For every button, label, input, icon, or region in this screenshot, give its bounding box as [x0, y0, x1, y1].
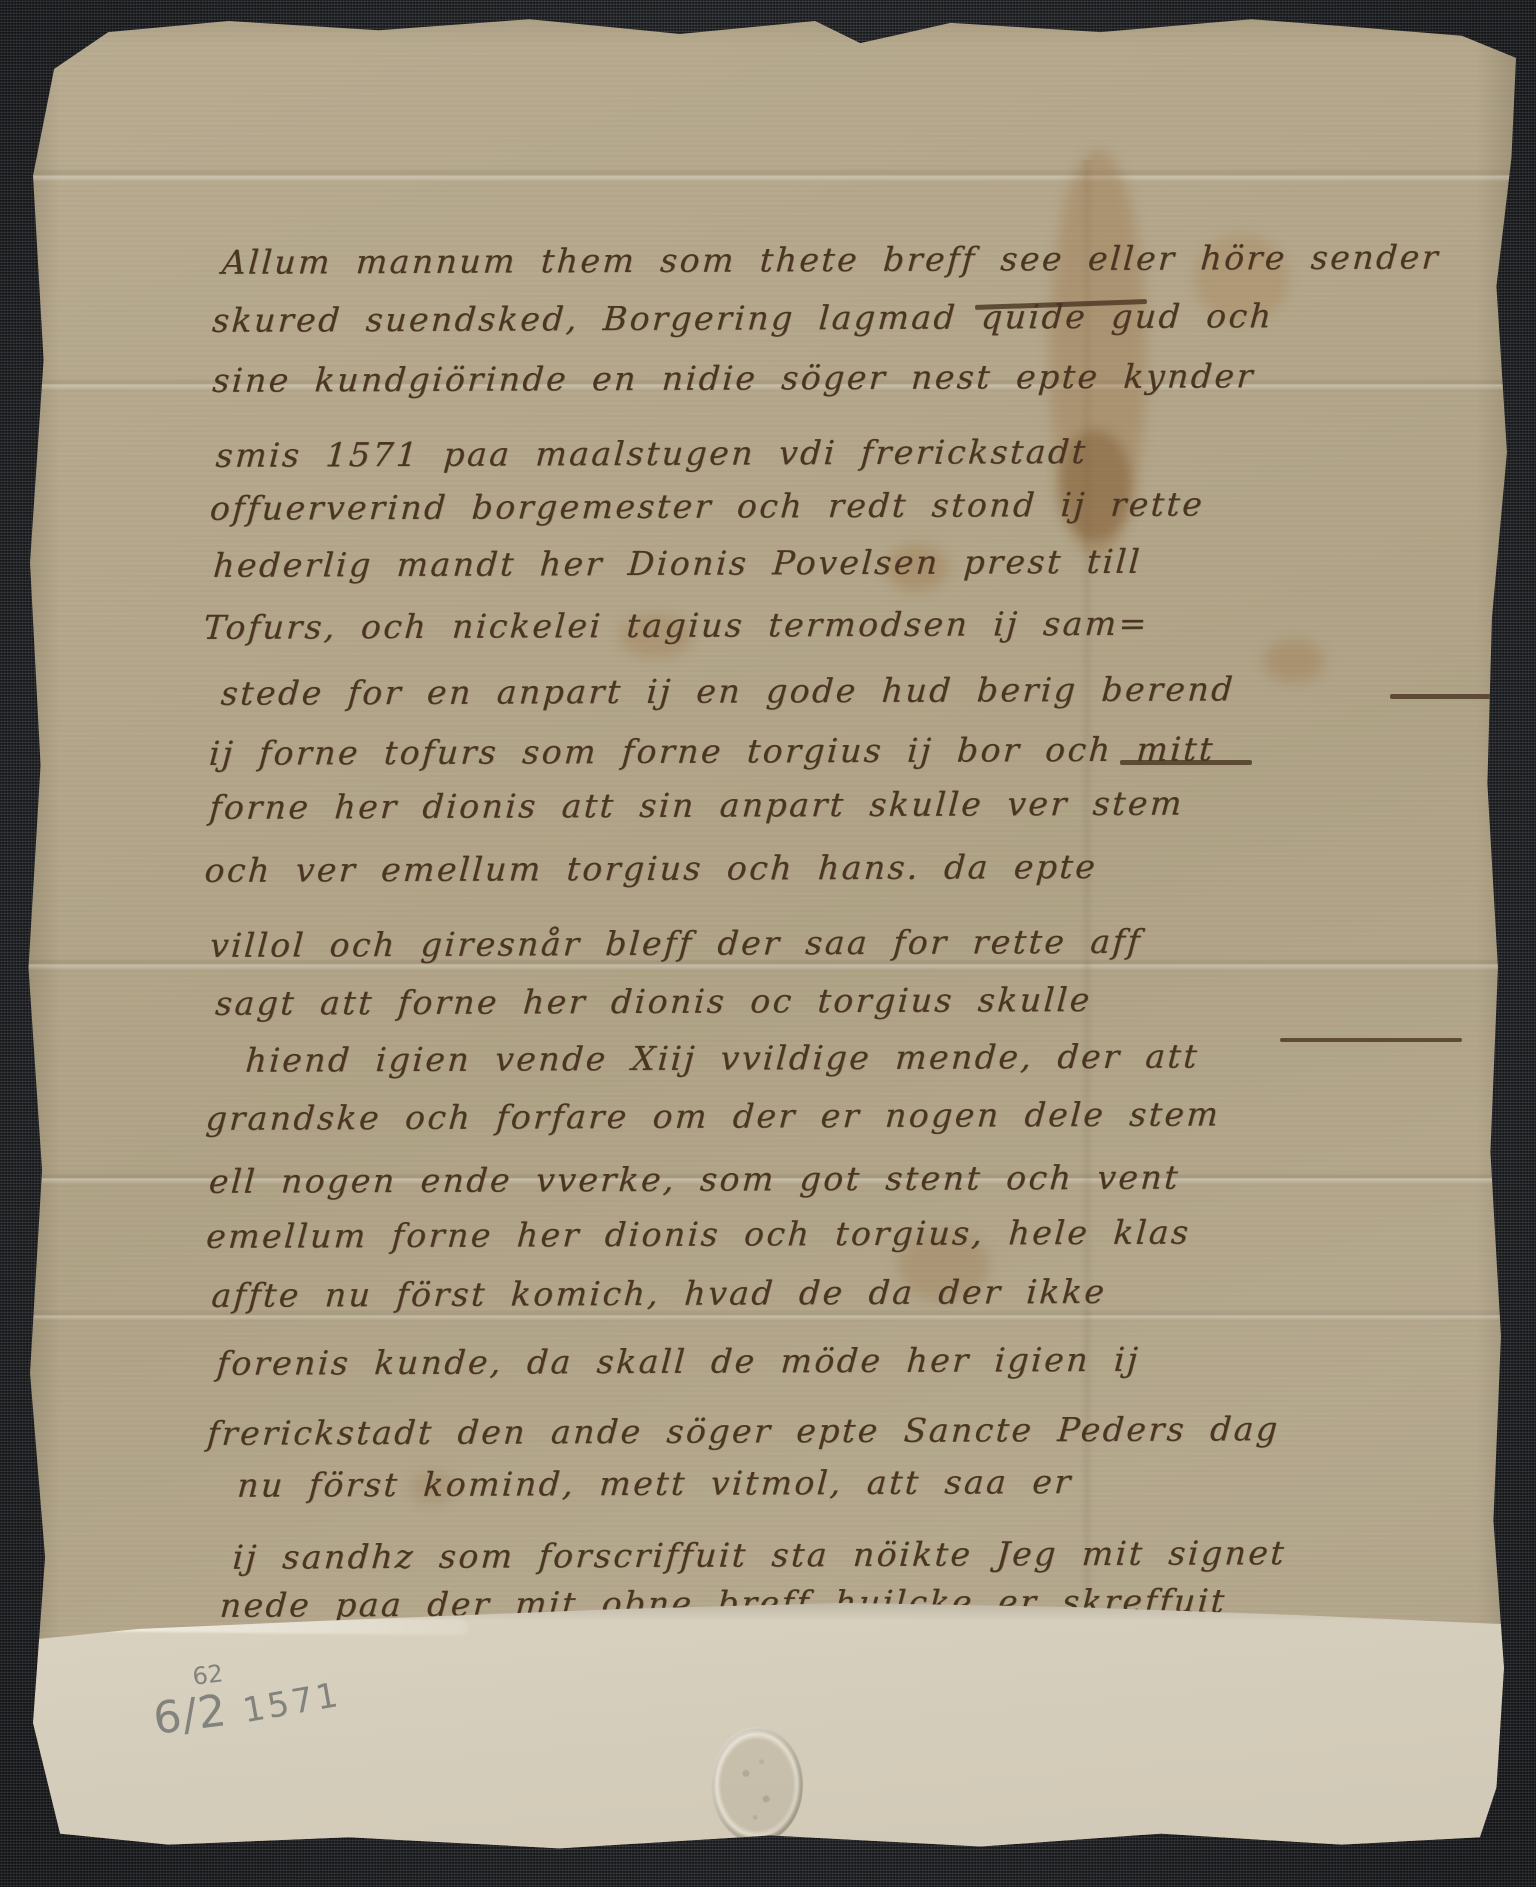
manuscript-line: Allum mannum them som thete breff see el… [221, 237, 1442, 282]
annotation-shelfmark: 6/2 [150, 1685, 229, 1745]
manuscript-text-block: Allum mannum them som thete breff see el… [201, 7, 1529, 1855]
archive-photo-background: Allum mannum them som thete breff see el… [0, 0, 1536, 1887]
manuscript-line: frerickstadt den ande söger epte Sancte … [206, 1409, 1281, 1453]
manuscript-line: ij sandhz som forscriffuit sta nöikte Je… [231, 1533, 1287, 1577]
manuscript-line: stede for en anpart ij en gode hud berig… [220, 669, 1237, 713]
manuscript-line: villol och giresnår bleff der saa for re… [209, 922, 1144, 966]
manuscript-line: affte nu först komich, hvad de da der ik… [210, 1272, 1108, 1316]
manuscript-line: grandske och forfare om der er nogen del… [205, 1094, 1222, 1138]
manuscript-line: forne her dionis att sin anpart skulle v… [208, 784, 1185, 828]
manuscript-line: Tofurs, och nickelei tagius termodsen ij… [202, 604, 1150, 648]
annotation-year: 1571 [240, 1675, 344, 1732]
manuscript-line: sagt att forne her dionis oc torgius sku… [214, 980, 1093, 1023]
manuscript-line: ij forne tofurs som forne torgius ij bor… [208, 729, 1216, 773]
manuscript-line: smis 1571 paa maalstugen vdi frerickstad… [215, 432, 1089, 475]
manuscript-line: hiend igien vende Xiij vvildige mende, d… [244, 1037, 1200, 1081]
manuscript-line: och ver emellum torgius och hans. da ept… [203, 847, 1098, 891]
manuscript-paper: Allum mannum them som thete breff see el… [18, 10, 1522, 1852]
manuscript-line: ell nogen ende vverke, som got stent och… [208, 1158, 1182, 1202]
manuscript-line: forenis kunde, da skall de möde her igie… [216, 1340, 1142, 1384]
manuscript-line: sine kundgiörinde en nidie söger nest ep… [211, 356, 1256, 400]
manuscript-line: hederlig mandt her Dionis Povelsen prest… [212, 542, 1143, 586]
embossed-seal-icon [711, 1727, 803, 1843]
manuscript-line: offuerverind borgemester och redt stond … [209, 485, 1206, 529]
manuscript-line: nu först komind, mett vitmol, att saa er [236, 1462, 1074, 1505]
manuscript-line: skured suendsked, Borgering lagmad quide… [211, 296, 1275, 340]
manuscript-line: emellum forne her dionis och torgius, he… [205, 1213, 1192, 1257]
